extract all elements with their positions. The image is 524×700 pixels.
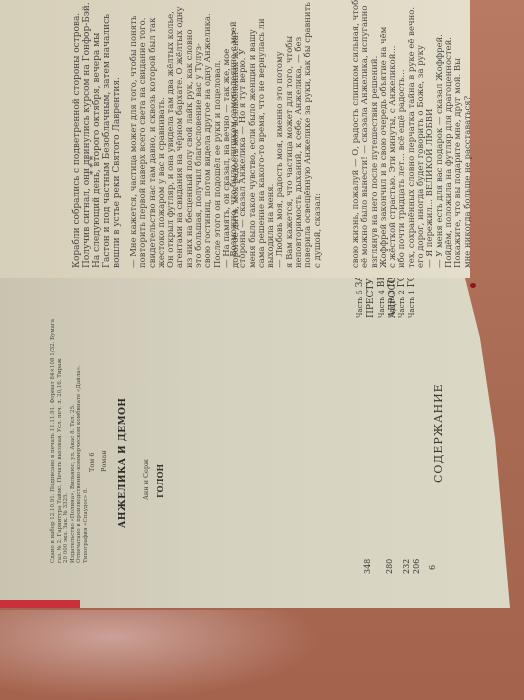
toc-page-number: 232 xyxy=(402,559,411,574)
left-page-text-top: свою жизнь, пожалуй — О, радость слишком… xyxy=(352,0,473,268)
book-title: АНЖЕЛИКА И ДЕМОН xyxy=(118,398,128,528)
author-sub: Анн и Серж xyxy=(142,459,150,500)
left-page-text-mid: — Возможно, что было слишком самонадеянн… xyxy=(230,0,323,268)
colophon: Сдано в набор 12.10.91. Подписано в печа… xyxy=(50,319,89,563)
book-spine-mark xyxy=(470,283,476,288)
right-page: СОДЕРЖАНИЕ Часть 1 ГОЛДСБОРО, или В САМО… xyxy=(0,278,510,608)
left-page-text-bottom: — Мне кажется, частица может для того, ч… xyxy=(130,0,242,268)
table-glare xyxy=(0,610,320,700)
genre: Роман xyxy=(100,450,108,472)
toc-page-number: 206 xyxy=(412,559,421,574)
toc-title: СОДЕРЖАНИЕ xyxy=(432,383,445,483)
left-page-text-after: Корабли собрались с подветренной стороны… xyxy=(72,0,122,268)
red-cover-edge xyxy=(0,600,80,608)
volume: Том 6 xyxy=(88,452,96,472)
author-name: ГОЛОН xyxy=(155,464,165,498)
toc-page-number: 6 xyxy=(428,565,437,570)
toc-page-number: 280 xyxy=(385,559,394,574)
toc-page-number: 348 xyxy=(363,559,372,574)
left-page: свою жизнь, пожалуй — О, радость слишком… xyxy=(0,0,470,278)
